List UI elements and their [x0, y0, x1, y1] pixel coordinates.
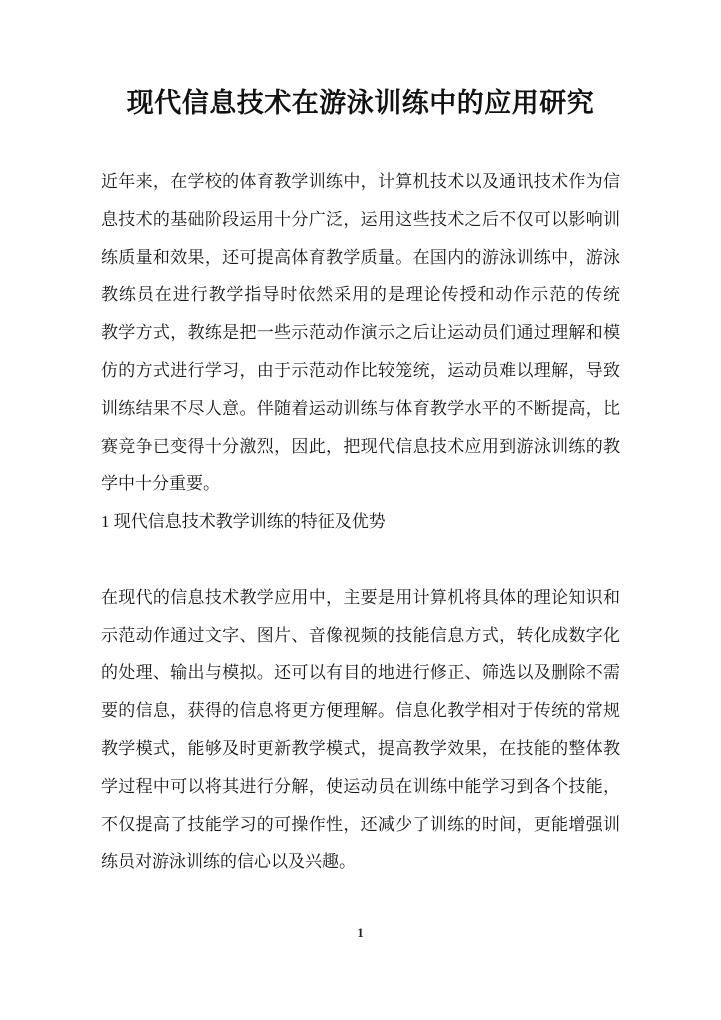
- text-line: 练质量和效果，还可提高体育教学质量。在国内的游泳训练中，游泳: [101, 239, 620, 277]
- text-line: 示范动作通过文字、图片、音像视频的技能信息方式，转化成数字化: [101, 617, 620, 655]
- text-line: 教学模式，能够及时更新教学模式，提高教学效果，在技能的整体教: [101, 730, 620, 768]
- text-line: 教学方式，教练是把一些示范动作演示之后让运动员们通过理解和模: [101, 314, 620, 352]
- document-page: 现代信息技术在游泳训练中的应用研究 近年来，在学校的体育教学训练中，计算机技术以…: [0, 0, 721, 1020]
- document-title: 现代信息技术在游泳训练中的应用研究: [0, 84, 721, 122]
- text-line: 近年来，在学校的体育教学训练中，计算机技术以及通讯技术作为信: [101, 163, 620, 201]
- text-line: 练员对游泳训练的信心以及兴趣。: [101, 843, 620, 881]
- text-line: 教练员在进行教学指导时依然采用的是理论传授和动作示范的传统: [101, 276, 620, 314]
- document-body: 近年来，在学校的体育教学训练中，计算机技术以及通讯技术作为信 息技术的基础阶段运…: [101, 163, 620, 881]
- blank-line: [101, 541, 620, 579]
- section-heading-1: 1 现代信息技术教学训练的特征及优势: [101, 503, 620, 541]
- paragraph-1: 近年来，在学校的体育教学训练中，计算机技术以及通讯技术作为信 息技术的基础阶段运…: [101, 163, 620, 503]
- text-line: 不仅提高了技能学习的可操作性，还减少了训练的时间，更能增强训: [101, 806, 620, 844]
- text-line: 仿的方式进行学习，由于示范动作比较笼统，运动员难以理解，导致: [101, 352, 620, 390]
- text-line: 训练结果不尽人意。伴随着运动训练与体育教学水平的不断提高，比: [101, 390, 620, 428]
- text-line: 学过程中可以将其进行分解，使运动员在训练中能学习到各个技能，: [101, 768, 620, 806]
- page-number: 1: [0, 925, 721, 941]
- text-line: 学中十分重要。: [101, 465, 620, 503]
- text-line: 的处理、输出与模拟。还可以有目的地进行修正、筛选以及删除不需: [101, 654, 620, 692]
- text-line: 息技术的基础阶段运用十分广泛，运用这些技术之后不仅可以影响训: [101, 201, 620, 239]
- text-line: 在现代的信息技术教学应用中，主要是用计算机将具体的理论知识和: [101, 579, 620, 617]
- text-line: 赛竞争已变得十分激烈，因此，把现代信息技术应用到游泳训练的教: [101, 428, 620, 466]
- paragraph-2: 在现代的信息技术教学应用中，主要是用计算机将具体的理论知识和 示范动作通过文字、…: [101, 579, 620, 881]
- text-line: 要的信息，获得的信息将更方便理解。信息化教学相对于传统的常规: [101, 692, 620, 730]
